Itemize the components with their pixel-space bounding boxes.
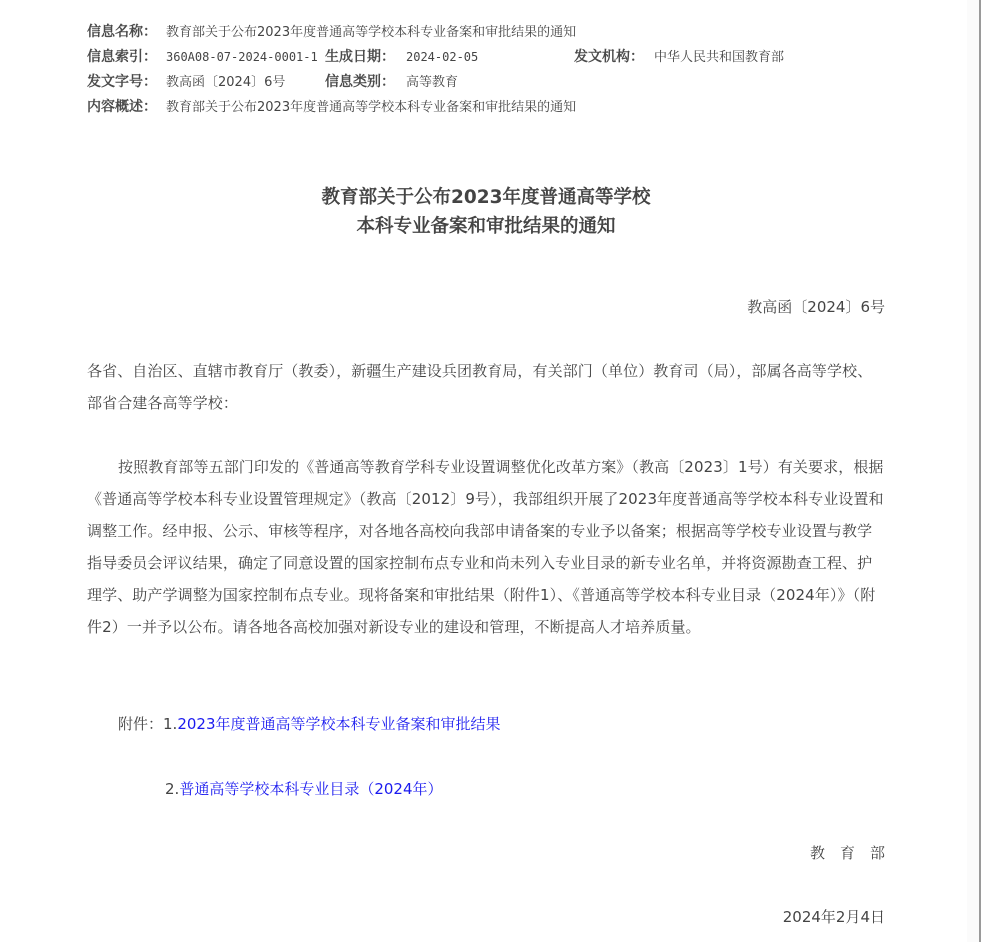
issuer-label: 发文机构： [574,45,644,70]
document-number: 教高函〔2024〕6号 [747,296,885,317]
meta-row-docno: 发文字号： 教高函〔2024〕6号 信息类别： 高等教育 [87,70,887,95]
signature-issuer: 教 育 部 [810,842,885,863]
vertical-scrollbar[interactable] [967,0,981,942]
info-name-value: 教育部关于公布2023年度普通高等学校本科专业备案和审批结果的通知 [166,20,576,45]
doc-number-value: 教高函〔2024〕6号 [166,70,285,95]
title-line-1: 教育部关于公布2023年度普通高等学校 [0,183,972,212]
issuer-value: 中华人民共和国教育部 [654,45,784,70]
signature-date: 2024年2月4日 [783,906,885,927]
meta-row-index: 信息索引： 360A08-07-2024-0001-1 生成日期： 2024-0… [87,45,887,70]
meta-row-summary: 内容概述： 教育部关于公布2023年度普通高等学校本科专业备案和审批结果的通知 [87,95,887,120]
attachment-row-2: 2.普通高等学校本科专业目录（2024年） [165,778,443,799]
summary-label: 内容概述： [87,95,157,120]
info-index-label: 信息索引： [87,45,157,70]
attachments-label: 附件： [118,715,163,733]
generated-date-value: 2024-02-05 [406,45,478,70]
attachment-1-link[interactable]: 2023年度普通高等学校本科专业备案和审批结果 [177,715,500,733]
attachment-1-number: 1. [163,715,177,733]
addressees: 各省、自治区、直辖市教育厅（教委），新疆生产建设兵团教育局，有关部门（单位）教育… [87,355,887,419]
summary-value: 教育部关于公布2023年度普通高等学校本科专业备案和审批结果的通知 [166,95,576,120]
attachment-row-1: 附件：1.2023年度普通高等学校本科专业备案和审批结果 [118,713,501,734]
attachment-2-number: 2. [165,780,179,798]
category-label: 信息类别： [325,70,395,95]
info-index-value: 360A08-07-2024-0001-1 [166,45,318,70]
generated-date-label: 生成日期： [325,45,395,70]
meta-row-name: 信息名称： 教育部关于公布2023年度普通高等学校本科专业备案和审批结果的通知 [87,20,887,45]
document-title: 教育部关于公布2023年度普通高等学校 本科专业备案和审批结果的通知 [0,183,972,241]
category-value: 高等教育 [406,70,458,95]
info-name-label: 信息名称： [87,20,157,45]
body-paragraph: 按照教育部等五部门印发的《普通高等教育学科专业设置调整优化改革方案》（教高〔20… [87,451,887,643]
doc-number-label: 发文字号： [87,70,157,95]
info-metadata-panel: 信息名称： 教育部关于公布2023年度普通高等学校本科专业备案和审批结果的通知 … [87,20,887,120]
title-line-2: 本科专业备案和审批结果的通知 [0,212,972,241]
attachment-2-link[interactable]: 普通高等学校本科专业目录（2024年） [179,780,442,798]
